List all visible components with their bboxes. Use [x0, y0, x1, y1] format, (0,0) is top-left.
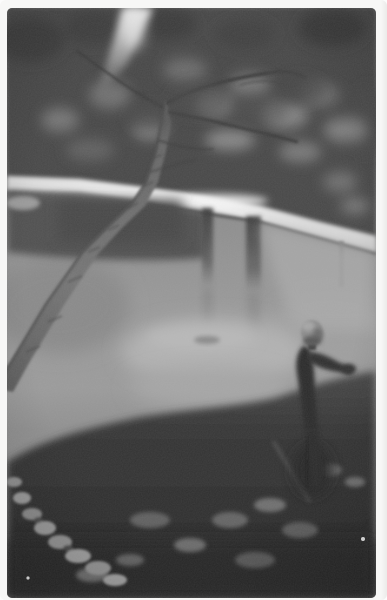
screenshot-page: Soft-focus monochrome pictorialist photo…	[0, 0, 387, 600]
film-grain	[7, 8, 376, 598]
photograph-canvas: Soft-focus monochrome pictorialist photo…	[7, 8, 376, 598]
print-artifacts	[7, 8, 376, 598]
photo-frame: Soft-focus monochrome pictorialist photo…	[0, 0, 387, 600]
photograph: Soft-focus monochrome pictorialist photo…	[7, 8, 376, 598]
